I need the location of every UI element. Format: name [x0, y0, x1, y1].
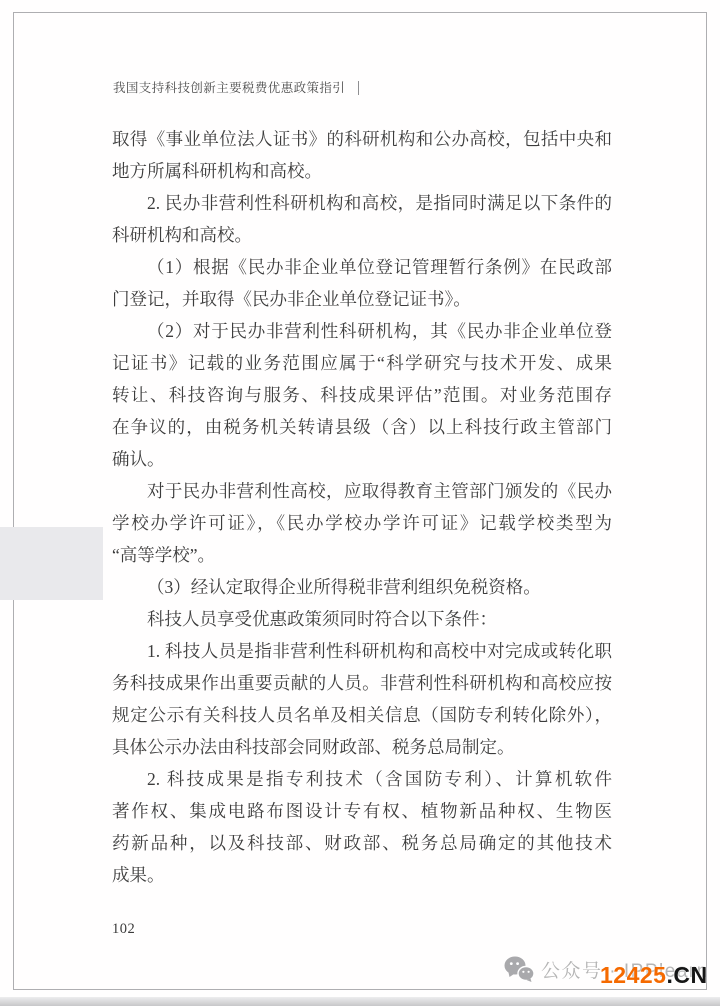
text-line: 成果。 [112, 859, 612, 891]
text-line: 著作权、集成电路布图设计专有权、植物新品种权、生物医 [112, 795, 612, 827]
running-header: 我国支持科技创新主要税费优惠政策指引 [113, 79, 345, 97]
body-text: 取得《事业单位法人证书》的科研机构和公办高校，包括中央和 地方所属科研机构和高校… [112, 123, 612, 891]
text-line: 务科技成果作出重要贡献的人员。非营利性科研机构和高校应按 [112, 667, 612, 699]
wechat-icon [503, 955, 535, 988]
text-line: 确认。 [112, 443, 612, 475]
text-line: 1. 科技人员是指非营利性科研机构和高校中对完成或转化职 [112, 635, 612, 667]
text-line: 对于民办非营利性高校，应取得教育主管部门颁发的《民办 [112, 475, 612, 507]
text-line: 取得《事业单位法人证书》的科研机构和公办高校，包括中央和 [112, 123, 612, 155]
text-line: 地方所属科研机构和高校。 [112, 155, 612, 187]
text-line: 2. 民办非营利性科研机构和高校，是指同时满足以下条件的 [112, 187, 612, 219]
scan-artifact-block [0, 527, 103, 600]
text-line: 学校办学许可证》，《民办学校办学许可证》记载学校类型为 [112, 507, 612, 539]
text-line: 具体公示办法由科技部会同财政部、税务总局制定。 [112, 731, 612, 763]
text-line: 药新品种，以及科技部、财政部、税务总局确定的其他技术 [112, 827, 612, 859]
text-line: “高等学校”。 [112, 539, 612, 571]
text-line: 科研机构和高校。 [112, 219, 612, 251]
watermark-site-brand: 12425.CN [600, 962, 708, 989]
text-line: 在争议的，由税务机关转请县级（含）以上科技行政主管部门 [112, 411, 612, 443]
watermark-label: 公众号 [541, 961, 603, 982]
brand-tld: .CN [666, 962, 707, 988]
page-number: 102 [112, 921, 135, 938]
text-line: 记证书》记载的业务范围应属于“科学研究与技术开发、成果 [112, 347, 612, 379]
header-end-mark [358, 81, 359, 95]
text-line: 门登记，并取得《民办非企业单位登记证书》。 [112, 283, 612, 315]
text-line: 科技人员享受优惠政策须同时符合以下条件： [112, 603, 612, 635]
text-line: 规定公示有关科技人员名单及相关信息（国防专利转化除外）， [112, 699, 612, 731]
scan-edge-shadow [0, 997, 720, 1006]
brand-number: 12425 [600, 962, 666, 988]
text-line: 转让、科技咨询与服务、科技成果评估”范围。对业务范围存 [112, 379, 612, 411]
text-line: （1）根据《民办非企业单位登记管理暂行条例》在民政部 [112, 251, 612, 283]
text-line: （2）对于民办非营利性科研机构，其《民办非企业单位登 [112, 315, 612, 347]
scanned-document-page: 我国支持科技创新主要税费优惠政策指引 取得《事业单位法人证书》的科研机构和公办高… [0, 0, 720, 1006]
text-line: （3）经认定取得企业所得税非营利组织免税资格。 [112, 571, 612, 603]
text-line: 2. 科技成果是指专利技术（含国防专利）、计算机软件 [112, 763, 612, 795]
